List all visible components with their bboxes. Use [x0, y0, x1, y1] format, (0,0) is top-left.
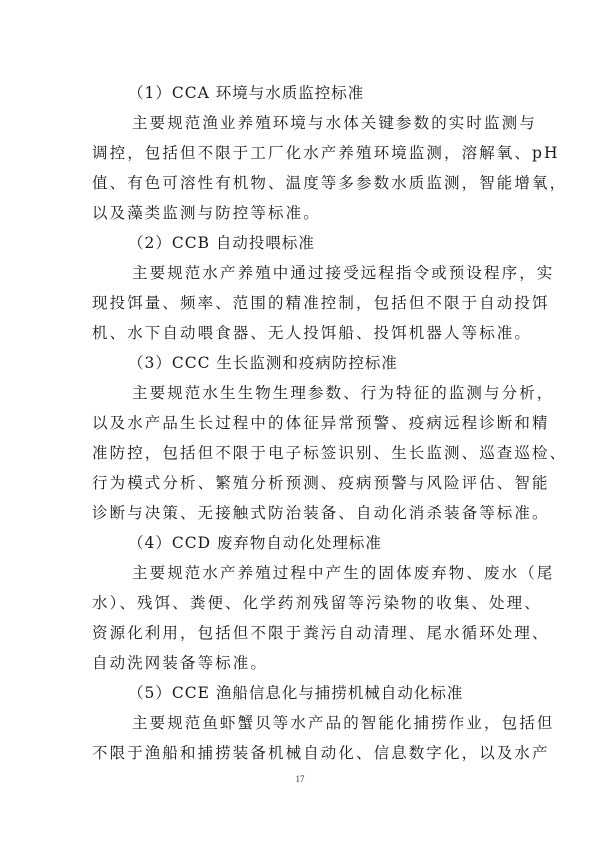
- paragraph-line: 调控，包括但不限于工厂化水产养殖环境监测，溶解氧、pH: [92, 138, 512, 168]
- section-heading: （4）CCD 废弃物自动化处理标准: [92, 528, 512, 558]
- paragraph-line: 以及藻类监测与防控等标准。: [92, 198, 512, 228]
- section-heading: （5）CCE 渔船信息化与捕捞机械自动化标准: [92, 678, 512, 708]
- page-number: 17: [0, 774, 600, 784]
- paragraph-line: 自动洗网装备等标准。: [92, 648, 512, 678]
- paragraph-line: 机、水下自动喂食器、无人投饵船、投饵机器人等标准。: [92, 318, 512, 348]
- section-ccc: （3）CCC 生长监测和疫病防控标准 主要规范水生生物生理参数、行为特征的监测与…: [92, 348, 512, 528]
- paragraph-line: 主要规范渔业养殖环境与水体关键参数的实时监测与: [92, 108, 512, 138]
- paragraph-line: 主要规范水产养殖过程中产生的固体废弃物、废水（尾: [92, 558, 512, 588]
- section-ccb: （2）CCB 自动投喂标准 主要规范水产养殖中通过接受远程指令或预设程序，实 现…: [92, 228, 512, 348]
- paragraph-line: 值、有色可溶性有机物、温度等多参数水质监测，智能增氧，: [92, 168, 512, 198]
- section-heading: （3）CCC 生长监测和疫病防控标准: [92, 348, 512, 378]
- paragraph-line: 现投饵量、频率、范围的精准控制，包括但不限于自动投饵: [92, 288, 512, 318]
- section-heading: （1）CCA 环境与水质监控标准: [92, 78, 512, 108]
- page-body: （1）CCA 环境与水质监控标准 主要规范渔业养殖环境与水体关键参数的实时监测与…: [92, 78, 512, 768]
- section-heading: （2）CCB 自动投喂标准: [92, 228, 512, 258]
- paragraph-line: 主要规范水产养殖中通过接受远程指令或预设程序，实: [92, 258, 512, 288]
- section-ccd: （4）CCD 废弃物自动化处理标准 主要规范水产养殖过程中产生的固体废弃物、废水…: [92, 528, 512, 678]
- paragraph-line: 行为模式分析、繁殖分析预测、疫病预警与风险评估、智能: [92, 468, 512, 498]
- paragraph-line: 主要规范鱼虾蟹贝等水产品的智能化捕捞作业，包括但: [92, 708, 512, 738]
- paragraph-line: 水）、残饵、粪便、化学药剂残留等污染物的收集、处理、: [92, 588, 512, 618]
- section-cce: （5）CCE 渔船信息化与捕捞机械自动化标准 主要规范鱼虾蟹贝等水产品的智能化捕…: [92, 678, 512, 768]
- paragraph-line: 资源化利用，包括但不限于粪污自动清理、尾水循环处理、: [92, 618, 512, 648]
- paragraph-line: 准防控，包括但不限于电子标签识别、生长监测、巡查巡检、: [92, 438, 512, 468]
- paragraph-line: 不限于渔船和捕捞装备机械自动化、信息数字化，以及水产: [92, 738, 512, 768]
- section-cca: （1）CCA 环境与水质监控标准 主要规范渔业养殖环境与水体关键参数的实时监测与…: [92, 78, 512, 228]
- document-page: （1）CCA 环境与水质监控标准 主要规范渔业养殖环境与水体关键参数的实时监测与…: [0, 0, 600, 848]
- paragraph-line: 诊断与决策、无接触式防治装备、自动化消杀装备等标准。: [92, 498, 512, 528]
- paragraph-line: 以及水产品生长过程中的体征异常预警、疫病远程诊断和精: [92, 408, 512, 438]
- paragraph-line: 主要规范水生生物生理参数、行为特征的监测与分析，: [92, 378, 512, 408]
